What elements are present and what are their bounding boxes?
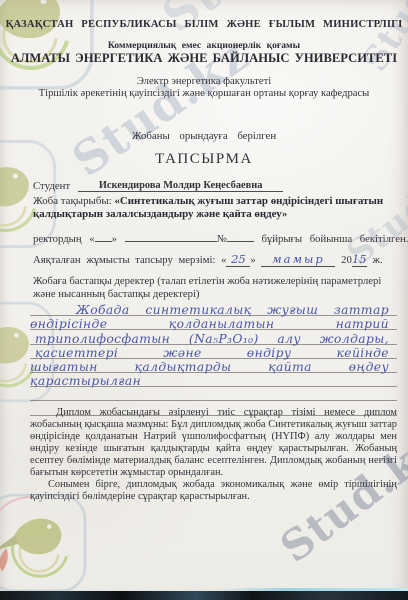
handwritten-line: қасиеттері және өндіру кейінде xyxy=(30,346,389,360)
university-name: АЛМАТЫ ЭНЕРГЕТИКА ЖӘНЕ БАЙЛАНЫС УНИВЕРСИ… xyxy=(0,51,408,66)
year-prefix: 20 xyxy=(341,254,352,266)
blank-month-field xyxy=(125,231,217,242)
handwritten-line: шығатын қалдықтарды қайта өңдеу xyxy=(30,360,389,374)
blank-day-field xyxy=(95,231,112,242)
approval-prefix: ректордың xyxy=(33,233,82,245)
document-content: ҚАЗАҚСТАН РЕСПУБЛИКАСЫ БІЛІМ ЖӘНЕ ҒЫЛЫМ … xyxy=(0,0,408,600)
approval-suffix: бұйрығы бойынша бекітілген. xyxy=(261,233,408,245)
ruled-line xyxy=(30,387,397,401)
page-title: ТАПСЫРМА xyxy=(0,151,408,168)
initial-data-label: Жобаға бастапқы деректер (талап етілетін… xyxy=(33,275,395,300)
number-sign: № xyxy=(217,233,227,245)
quote-close: » xyxy=(250,254,255,266)
summary-paragraph: Сонымен бірге, дипломдық жобада экономик… xyxy=(30,479,397,503)
assignment-document-scan: Stud.kz Stud.kz Stud.kz Stud.kz Stud.kz … xyxy=(0,0,408,600)
project-topic: Жоба тақырыбы: «Синтетикалық жуғыш затта… xyxy=(33,195,395,221)
handwritten-answer-area: Жобада синтетикалық жуғыш заттар өндіріс… xyxy=(30,302,397,416)
ruled-line: өндірісінде қолданылатын натрий xyxy=(30,316,397,330)
ruled-line: қарастырылған xyxy=(30,373,397,387)
handwritten-line: триполифосфатын (Na₅P₃O₁₀) алу жолдары, xyxy=(30,332,389,346)
department-name: Тіршілік әрекетінің қауіпсіздігі және қо… xyxy=(0,88,408,99)
ruled-line: Жобада синтетикалық жуғыш заттар xyxy=(30,302,397,316)
year-unit: ж. xyxy=(372,254,382,266)
deadline-label: Аяқталған жұмысты тапсыру мерзімі: xyxy=(33,254,215,266)
handwritten-line: Жобада синтетикалық жуғыш заттар xyxy=(30,303,389,317)
student-label: Студент xyxy=(33,180,78,192)
project-summary: Диплом жобасындағы әзірленуі тиіс сұрақт… xyxy=(30,407,397,503)
faculty-name: Электр энергетика факультеті xyxy=(0,76,408,87)
organization-type: Коммерциялық емес акционерлік қоғамы xyxy=(0,40,408,51)
handwritten-line: өндірісінде қолданылатын натрий xyxy=(30,317,389,331)
handwritten-month: мамыр xyxy=(261,253,335,267)
ministry-title: ҚАЗАҚСТАН РЕСПУБЛИКАСЫ БІЛІМ ЖӘНЕ ҒЫЛЫМ … xyxy=(0,19,408,30)
student-row: Студент Искендирова Молдир Кеңесбаевна xyxy=(33,180,392,192)
quote-close: » xyxy=(112,233,117,245)
ruled-line: шығатын қалдықтарды қайта өңдеу xyxy=(30,359,397,373)
topic-label: Жоба тақырыбы: xyxy=(33,195,112,207)
handwritten-year: 15 xyxy=(352,253,367,267)
photo-edge-bar xyxy=(0,591,408,600)
rector-approval-line: ректордың «» № бұйрығы бойынша бекітілге… xyxy=(33,231,395,245)
summary-paragraph: Диплом жобасындағы әзірленуі тиіс сұрақт… xyxy=(30,407,397,478)
ruled-line: қасиеттері және өндіру кейінде xyxy=(30,345,397,359)
student-name-field: Искендирова Молдир Кеңесбаевна xyxy=(78,180,283,192)
ruled-line: триполифосфатын (Na₅P₃O₁₀) алу жолдары, xyxy=(30,330,397,344)
deadline-line: Аяқталған жұмысты тапсыру мерзімі: «25» … xyxy=(33,253,395,267)
handwritten-day: 25 xyxy=(226,253,250,267)
handwritten-line: қарастырылған xyxy=(30,374,389,388)
assignment-pretitle: Жобаны орындауға берілген xyxy=(0,130,408,142)
blank-number-field xyxy=(227,231,254,242)
